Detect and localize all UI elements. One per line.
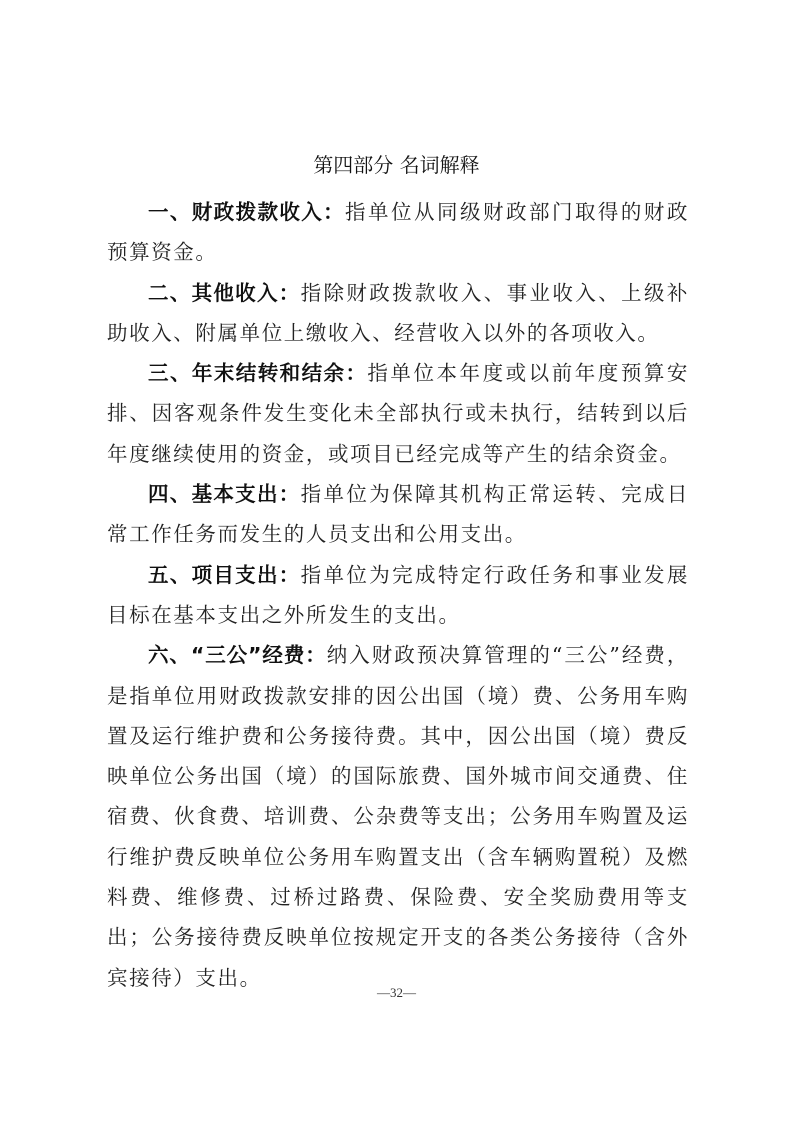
- document-page: 第四部分 名词解释 一、财政拨款收入：指单位从同级财政部门取得的财政预算资金。 …: [0, 0, 793, 1122]
- page-number: —32—: [0, 985, 793, 1001]
- section-title: 第四部分 名词解释: [0, 150, 793, 180]
- definition-text: 纳入财政预决算管理的“三公”经费，是指单位用财政拨款安排的因公出国（境）费、公务…: [107, 643, 689, 989]
- definition-paragraph: 二、其他收入：指除财政拨款收入、事业收入、上级补助收入、附属单位上缴收入、经营收…: [107, 273, 689, 354]
- definition-paragraph: 三、年末结转和结余：指单位本年度或以前年度预算安排、因客观条件发生变化未全部执行…: [107, 353, 689, 474]
- definition-term: 五、项目支出：: [148, 563, 301, 587]
- definition-term: 六、“三公”经费：: [148, 643, 327, 667]
- definition-term: 四、基本支出：: [148, 482, 301, 506]
- definition-paragraph: 五、项目支出：指单位为完成特定行政任务和事业发展目标在基本支出之外所发生的支出。: [107, 555, 689, 636]
- definition-term: 三、年末结转和结余：: [148, 361, 367, 385]
- definitions-body: 一、财政拨款收入：指单位从同级财政部门取得的财政预算资金。 二、其他收入：指除财…: [107, 192, 689, 998]
- definition-paragraph: 六、“三公”经费：纳入财政预决算管理的“三公”经费，是指单位用财政拨款安排的因公…: [107, 635, 689, 998]
- definition-term: 二、其他收入：: [148, 281, 301, 305]
- definition-paragraph: 四、基本支出：指单位为保障其机构正常运转、完成日常工作任务而发生的人员支出和公用…: [107, 474, 689, 555]
- definition-term: 一、财政拨款收入：: [148, 200, 345, 224]
- definition-paragraph: 一、财政拨款收入：指单位从同级财政部门取得的财政预算资金。: [107, 192, 689, 273]
